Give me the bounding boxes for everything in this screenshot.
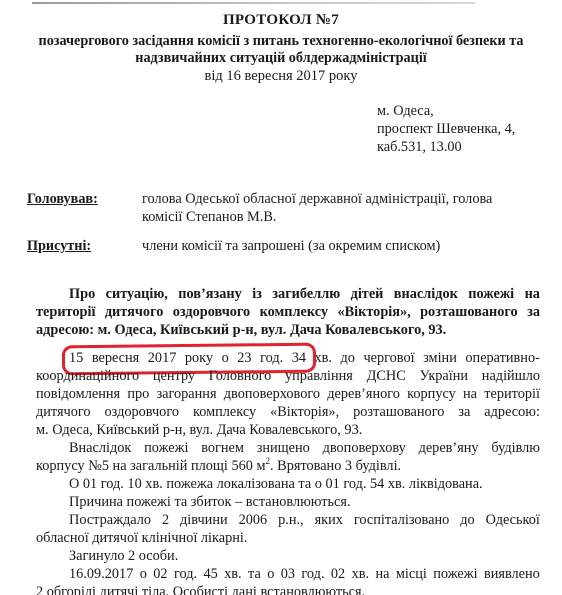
word: адресою:: [484, 404, 540, 421]
word: пожежі: [468, 286, 514, 303]
word: 45: [203, 566, 217, 583]
word: та: [248, 566, 261, 583]
word: о: [140, 566, 147, 583]
word: Головного: [209, 368, 271, 385]
report-deaths: Загинуло 2 особи.: [69, 548, 178, 565]
scan-top-edge-line: [32, 2, 475, 4]
word: «Вікторія»,: [270, 404, 339, 421]
word: чергової: [363, 350, 414, 367]
agenda-line-2: територіїдитячогооздоровчогокомплексу«Ві…: [36, 304, 540, 321]
word: 2: [162, 512, 169, 529]
word: ДСНС: [367, 368, 406, 385]
word: пожежі: [433, 566, 477, 583]
document-subtitle-line-2: надзвичайних ситуацій облдержадміністрац…: [0, 50, 562, 67]
word: Постраждало: [69, 512, 151, 529]
word: комплексу: [193, 404, 256, 421]
word: загорання: [157, 386, 217, 403]
word: дерев’яного: [327, 386, 400, 403]
word: ситуацію,: [106, 286, 168, 303]
word: території: [484, 386, 540, 403]
word: за: [458, 404, 470, 421]
word: Про: [69, 286, 95, 303]
report-line-5: м. Одеса, Київський р-н, вул. Дача Ковал…: [36, 422, 362, 439]
word: вогнем: [201, 440, 244, 457]
word: р.н.,: [278, 512, 304, 529]
word: виявлено: [484, 566, 540, 583]
word: на: [525, 286, 540, 303]
place-city: м. Одеса,: [377, 103, 434, 120]
word: оздоровчого: [173, 304, 250, 321]
word: госпіталізовано: [354, 512, 449, 529]
word: пов’язану: [178, 286, 242, 303]
document-date: від 16 вересня 2017 року: [0, 68, 562, 85]
report-line-2: координаційногоцентруГоловногоуправління…: [36, 368, 540, 385]
report-localized: О 01 год. 10 хв. пожежа локалізована та …: [69, 476, 483, 493]
word: розташованого: [353, 404, 444, 421]
word: пожежі: [144, 440, 188, 457]
report-damage-line-1: Внаслідокпожежівогнемзнищенодвоповерхову…: [69, 440, 540, 457]
report-damage-line-2: корпусу №5 на загальній площі 560 м2. Вр…: [36, 458, 401, 475]
word: дерев’яну: [419, 440, 479, 457]
word: 2006: [239, 512, 268, 529]
word: 03: [281, 566, 295, 583]
word: двоповерхового: [224, 386, 320, 403]
report-cause: Причина пожежі та збиток – встановлюютьс…: [69, 494, 351, 511]
word: Одеської: [486, 512, 540, 529]
agenda-line-3: адресою: м. Одеса, Київський р-н, вул. Д…: [36, 322, 446, 339]
place-room-time: каб.531, 13.00: [377, 139, 462, 156]
present-label: Присутні:: [27, 238, 91, 255]
word: Внаслідок: [69, 440, 131, 457]
word: на: [375, 566, 389, 583]
word: хв.: [315, 350, 332, 367]
present-text: члени комісії та запрошені (за окремим с…: [142, 238, 440, 255]
chaired-text-line-2: комісії Степанов М.В.: [142, 209, 276, 226]
word: год.: [174, 566, 197, 583]
word: 16.09.2017: [69, 566, 133, 583]
chaired-text-line-1: голова Одеської обласної державної адмін…: [142, 191, 492, 208]
report-injured-line-1: Постраждало2дівчини2006р.н.,якихгоспітал…: [69, 512, 540, 529]
word: знищено: [257, 440, 310, 457]
document-title: ПРОТОКОЛ №7: [0, 12, 562, 29]
word: год.: [301, 566, 324, 583]
word: на: [463, 386, 477, 403]
word: корпусу: [407, 386, 456, 403]
word: двоповерхову: [323, 440, 406, 457]
word: повідомлення: [36, 386, 120, 403]
place-street: проспект Шевченка, 4,: [377, 121, 515, 138]
word: будівлю: [491, 440, 540, 457]
word: комплексу: [260, 304, 328, 321]
report-injured-line-2: обласної дитячої клінічної лікарні.: [36, 530, 247, 547]
word: «Вікторія»,: [337, 304, 410, 321]
word: до: [341, 350, 355, 367]
document-subtitle-line-1: позачергового засідання комісії з питань…: [0, 33, 562, 50]
word: місці: [396, 566, 427, 583]
word: яких: [315, 512, 343, 529]
word: оперативно-: [465, 350, 539, 367]
word: розташованого: [420, 304, 518, 321]
word: оздоровчого: [105, 404, 179, 421]
word: о: [267, 566, 274, 583]
word: про: [127, 386, 149, 403]
word: внаслідок: [394, 286, 458, 303]
word: 02: [331, 566, 345, 583]
word: надійшло: [482, 368, 540, 385]
word: дитячого: [105, 304, 164, 321]
report-line-3: повідомленняпрозагораннядвоповерховогоде…: [36, 386, 540, 403]
word: дитячого: [36, 404, 91, 421]
report-found-line-1: 16.09.2017о02год.45хв.тао 03год.02хв.нам…: [69, 566, 540, 583]
word: управління: [285, 368, 353, 385]
word: дітей: [351, 286, 384, 303]
word: території: [36, 304, 95, 321]
word: дівчини: [180, 512, 228, 529]
word: хв.: [352, 566, 369, 583]
word: координаційного: [36, 368, 139, 385]
chaired-label: Головував:: [27, 191, 98, 208]
agenda-line-1: Проситуацію,пов’язануіззагибеллюдітейвна…: [69, 286, 540, 303]
report-line-4: дитячогооздоровчогокомплексу«Вікторія»,р…: [36, 404, 540, 421]
word: за: [527, 304, 540, 321]
word: хв.: [224, 566, 241, 583]
word: центру: [153, 368, 195, 385]
word: загибеллю: [272, 286, 340, 303]
word: зміни: [423, 350, 457, 367]
report-found-line-2: 2 обгорілі дитячі тіла. Особисті дані вс…: [36, 584, 365, 595]
word: України: [419, 368, 468, 385]
word: із: [252, 286, 262, 303]
word: до: [460, 512, 474, 529]
word: 02: [153, 566, 167, 583]
